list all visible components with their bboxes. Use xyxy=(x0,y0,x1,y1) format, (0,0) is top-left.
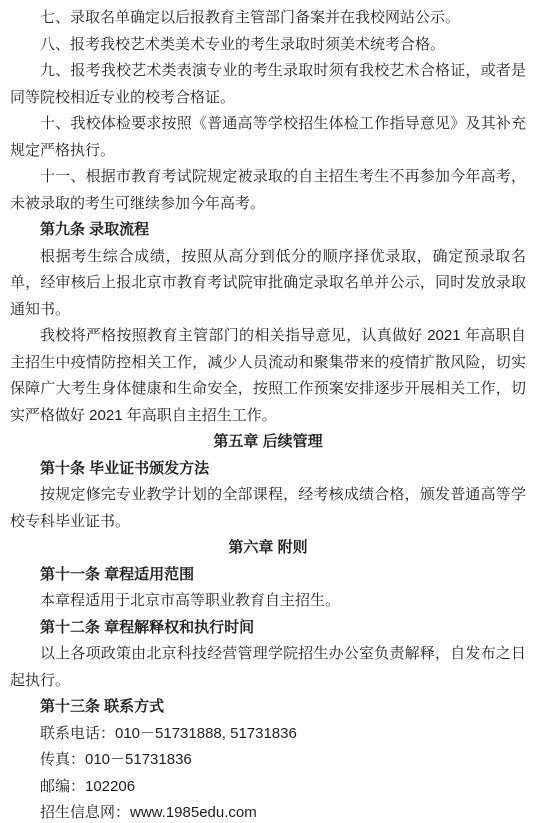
paragraph: 我校将严格按照教育主管部门的相关指导意见，认真做好 2021 年高职自主招生中疫… xyxy=(10,323,526,429)
chapter-heading: 第六章 附则 xyxy=(10,535,526,562)
article-heading: 第十条 毕业证书颁发方法 xyxy=(10,456,526,483)
article-heading: 第十三条 联系方式 xyxy=(10,694,526,721)
paragraph: 招生信息网：www.1985edu.com xyxy=(10,800,526,823)
paragraph: 九、报考我校艺术类表演专业的考生录取时须有我校艺术合格证，或者是同等院校相近专业… xyxy=(10,58,526,111)
article-heading: 第九条 录取流程 xyxy=(10,217,526,244)
document-body: 七、录取名单确定以后报教育主管部门备案并在我校网站公示。八、报考我校艺术类美术专… xyxy=(10,5,526,823)
article-heading: 第十一条 章程适用范围 xyxy=(10,562,526,589)
paragraph: 联系电话：010－51731888, 51731836 xyxy=(10,721,526,748)
document-page: 七、录取名单确定以后报教育主管部门备案并在我校网站公示。八、报考我校艺术类美术专… xyxy=(0,0,535,823)
paragraph: 十一、根据市教育考试院规定被录取的自主招生考生不再参加今年高考，未被录取的考生可… xyxy=(10,164,526,217)
paragraph: 七、录取名单确定以后报教育主管部门备案并在我校网站公示。 xyxy=(10,5,526,32)
paragraph: 本章程适用于北京市高等职业教育自主招生。 xyxy=(10,588,526,615)
article-heading: 第十二条 章程解释权和执行时间 xyxy=(10,615,526,642)
paragraph: 传真：010－51731836 xyxy=(10,747,526,774)
paragraph: 按规定修完专业教学计划的全部课程，经考核成绩合格，颁发普通高等学校专科毕业证书。 xyxy=(10,482,526,535)
paragraph: 以上各项政策由北京科技经营管理学院招生办公室负责解释，自发布之日起执行。 xyxy=(10,641,526,694)
paragraph: 根据考生综合成绩，按照从高分到低分的顺序择优录取，确定预录取名单，经审核后上报北… xyxy=(10,244,526,324)
chapter-heading: 第五章 后续管理 xyxy=(10,429,526,456)
paragraph: 邮编：102206 xyxy=(10,774,526,801)
paragraph: 八、报考我校艺术类美术专业的考生录取时须美术统考合格。 xyxy=(10,32,526,59)
paragraph: 十、我校体检要求按照《普通高等学校招生体检工作指导意见》及其补充规定严格执行。 xyxy=(10,111,526,164)
